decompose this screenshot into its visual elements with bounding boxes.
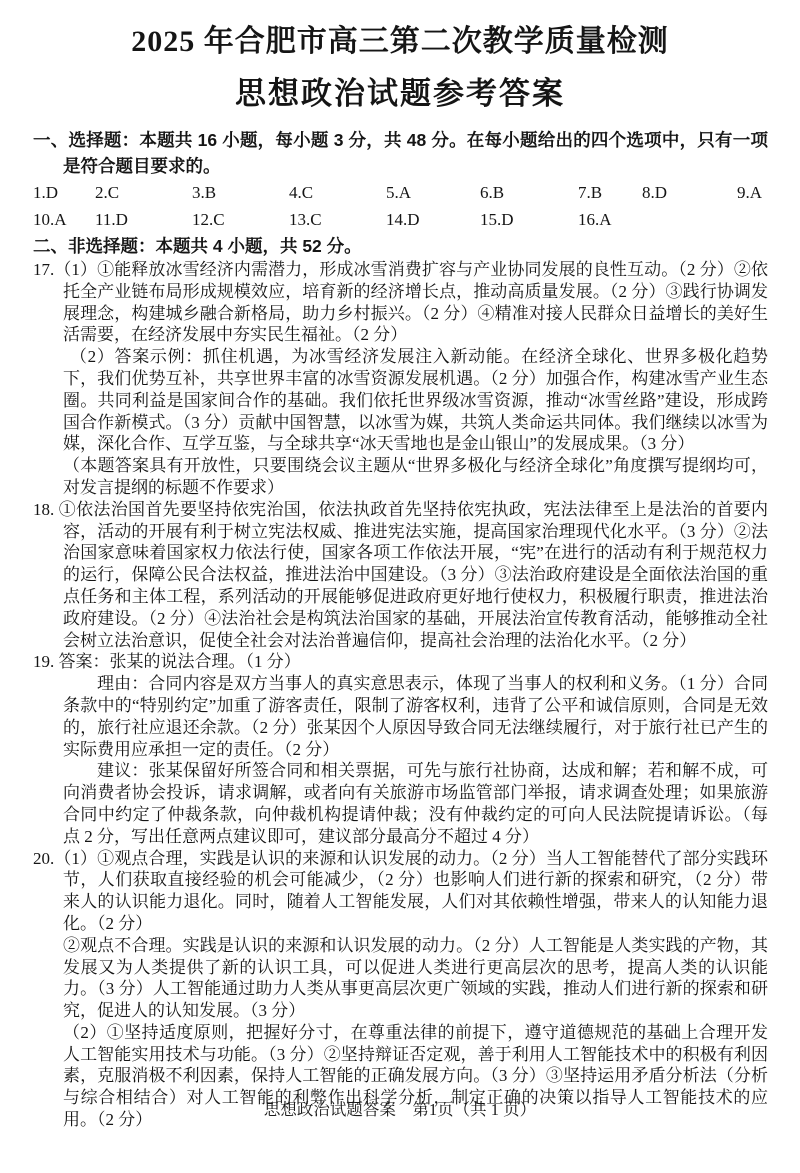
mc-answer-11: 11.D <box>95 206 128 233</box>
mc-answers-row-2: 10.A 11.D 12.C 13.C 14.D 15.D 16.A <box>33 206 768 233</box>
q18-answer: 18. ①依法治国首先要坚持依宪治国，依法执政首先坚持依宪执政，宪法法律至上是法… <box>33 499 768 652</box>
q20-part1-view1: 20.（1）①观点合理，实践是认识的来源和认识发展的动力。（2 分）当人工智能替… <box>33 848 768 935</box>
page-footer: 思想政治试题答案 第1页（共 1 页） <box>0 1096 800 1120</box>
q17-part2-answer: （2）答案示例：抓住机遇，为冰雪经济发展注入新动能。在经济全球化、世界多极化趋势… <box>33 346 768 455</box>
mc-answer-12: 12.C <box>192 206 225 233</box>
section1-heading: 一、选择题：本题共 16 小题，每小题 3 分，共 48 分。在每小题给出的四个… <box>33 127 768 179</box>
mc-answer-4: 4.C <box>289 179 313 206</box>
mc-answer-7: 7.B <box>578 179 602 206</box>
mc-answer-6: 6.B <box>480 179 504 206</box>
q20-part1-view2: ②观点不合理。实践是认识的来源和认识发展的动力。（2 分）人工智能是人类实践的产… <box>33 935 768 1022</box>
mc-answer-1: 1.D <box>33 179 58 206</box>
mc-answer-5: 5.A <box>386 179 411 206</box>
mc-answer-2: 2.C <box>95 179 119 206</box>
q19-reason: 理由：合同内容是双方当事人的真实意思表示，体现了当事人的权利和义务。（1 分）合… <box>33 673 768 760</box>
section2-heading: 二、非选择题：本题共 4 小题，共 52 分。 <box>33 233 768 259</box>
q19-verdict: 19. 答案：张某的说法合理。（1 分） <box>33 651 768 673</box>
exam-answer-sheet-page: 2025 年合肥市高三第二次教学质量检测 思想政治试题参考答案 一、选择题：本题… <box>0 0 800 1173</box>
mc-answer-10: 10.A <box>33 206 67 233</box>
mc-answer-3: 3.B <box>192 179 216 206</box>
mc-answer-14: 14.D <box>386 206 420 233</box>
document-body: 一、选择题：本题共 16 小题，每小题 3 分，共 48 分。在每小题给出的四个… <box>33 127 768 1131</box>
mc-answer-8: 8.D <box>642 179 667 206</box>
mc-answer-15: 15.D <box>480 206 514 233</box>
page-title: 2025 年合肥市高三第二次教学质量检测 <box>0 16 800 60</box>
mc-answers-row-1: 1.D 2.C 3.B 4.C 5.A 6.B 7.B 8.D 9.A <box>33 179 768 206</box>
q19-suggestion: 建议：张某保留好所签合同和相关票据，可先与旅行社协商，达成和解；若和解不成，可向… <box>33 760 768 847</box>
q17-part1-answer: 17.（1）①能释放冰雪经济内需潜力，形成冰雪消费扩容与产业协同发展的良性互动。… <box>33 259 768 346</box>
mc-answer-16: 16.A <box>578 206 612 233</box>
mc-answer-9: 9.A <box>737 179 762 206</box>
q17-open-note: （本题答案具有开放性，只要围绕会议主题从“世界多极化与经济全球化”角度撰写提纲均… <box>33 455 768 499</box>
page-subtitle: 思想政治试题参考答案 <box>0 68 800 113</box>
mc-answer-13: 13.C <box>289 206 322 233</box>
